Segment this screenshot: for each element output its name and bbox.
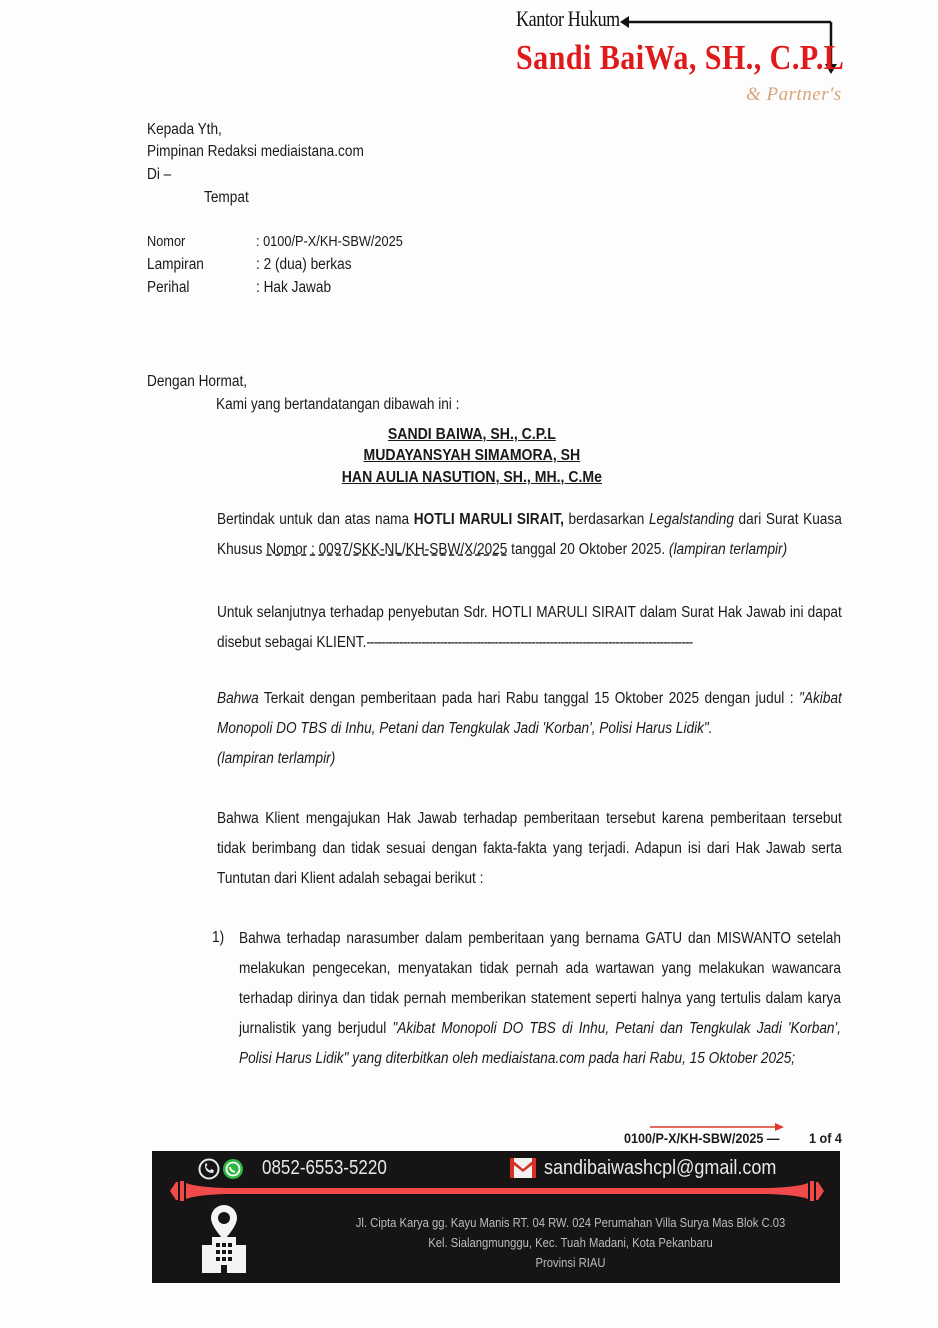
paragraph-right-of-reply: Bahwa Klient mengajukan Hak Jawab terhad… [217, 804, 842, 894]
office-address: Jl. Cipta Karya gg. Kayu Manis RT. 04 RW… [278, 1213, 863, 1273]
address-line-1: Jl. Cipta Karya gg. Kayu Manis RT. 04 RW… [278, 1213, 863, 1233]
p4-text: Bahwa Klient mengajukan Hak Jawab terhad… [217, 810, 842, 887]
addressee-line2: Pimpinan Redaksi mediaistana.com [147, 143, 364, 161]
meta-label-nomor: Nomor [147, 234, 185, 250]
meta-label-perihal: Perihal [147, 279, 189, 297]
p3-bahwa: Bahwa [217, 690, 259, 707]
signer-2: MUDAYANSYAH SIMAMORA, SH [59, 447, 884, 465]
addressee-line3: Di – [147, 166, 171, 184]
p1-text-d: tanggal 20 Oktober 2025. [507, 541, 669, 558]
p1-attachment-note: (lampiran terlampir) [669, 541, 787, 558]
phone-number[interactable]: 0852-6553-5220 [262, 1157, 387, 1180]
meta-value-lampiran: : 2 (dua) berkas [256, 256, 352, 274]
paragraph-client-designation: Untuk selanjutnya terhadap penyebutan Sd… [217, 598, 842, 658]
p2-dashes: ----------------------------------------… [366, 628, 692, 658]
email-address[interactable]: sandibaiwashcpl@gmail.com [544, 1157, 776, 1180]
location-building-icon [198, 1203, 250, 1275]
phone-whatsapp-icon [198, 1157, 246, 1181]
p3-text: Terkait dengan pemberitaan pada hari Rab… [259, 690, 799, 707]
meta-value-nomor: : 0100/P-X/KH-SBW/2025 [256, 234, 403, 250]
letterhead-kantor: Kantor Hukum [516, 6, 620, 32]
list-item: Bahwa terhadap narasumber dalam pemberit… [239, 924, 841, 1074]
gmail-icon [510, 1158, 536, 1178]
page-reference: 0100/P-X/KH-SBW/2025 — [624, 1130, 779, 1146]
decorative-stripe [156, 1179, 838, 1203]
meta-value-perihal: : Hak Jawab [256, 279, 331, 297]
power-of-attorney-number: Nomor : 0097/SKK-NL/KH-SBW/X/2025 [266, 541, 507, 558]
intro-text: Kami yang bertandatangan dibawah ini : [216, 396, 459, 414]
p1-text-a: Bertindak untuk dan atas nama [217, 511, 414, 528]
address-line-3: Provinsi RIAU [278, 1253, 863, 1273]
p3-attachment-note: (lampiran terlampir) [217, 750, 335, 767]
addressee-line4: Tempat [204, 189, 249, 207]
addressee-line1: Kepada Yth, [147, 121, 222, 139]
page-number: 1 of 4 [809, 1130, 842, 1146]
list-item-number: 1) [212, 929, 224, 947]
salutation: Dengan Hormat, [147, 373, 247, 391]
contact-footer: 0852-6553-5220 sandibaiwashcpl@gmail.com… [152, 1151, 840, 1283]
legalstanding-term: Legalstanding [649, 511, 734, 528]
p1-text-b: berdasarkan [564, 511, 649, 528]
paragraph-legal-standing: Bertindak untuk dan atas nama HOTLI MARU… [217, 505, 842, 565]
address-line-2: Kel. Sialangmunggu, Kec. Tuah Madani, Ko… [278, 1233, 863, 1253]
letterhead-firm-name: Sandi BaiWa, SH., C.P.L [516, 38, 844, 78]
paragraph-news-reference: Bahwa Terkait dengan pemberitaan pada ha… [217, 684, 842, 774]
signer-3: HAN AULIA NASUTION, SH., MH., C.Me [59, 469, 884, 487]
signer-1: SANDI BAIWA, SH., C.P.L [59, 426, 884, 444]
letterhead-partners: & Partner's [746, 84, 842, 106]
client-name: HOTLI MARULI SIRAIT, [414, 511, 564, 528]
meta-label-lampiran: Lampiran [147, 256, 204, 274]
